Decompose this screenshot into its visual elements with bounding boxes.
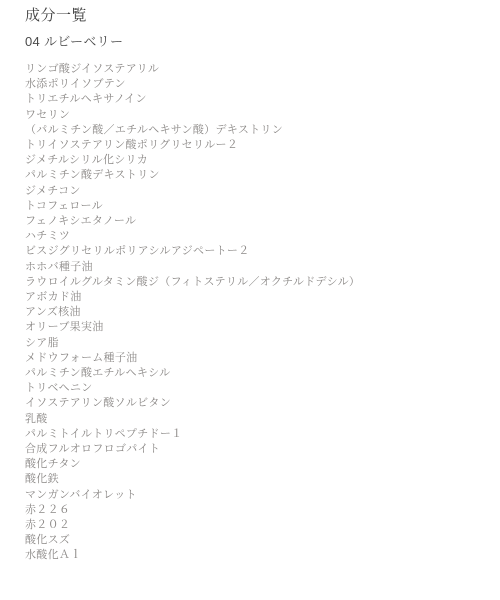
- ingredient-page: 成分一覧 04 ルビーベリー リンゴ酸ジイソステアリル水添ポリイソブテントリエチ…: [0, 0, 500, 600]
- ingredient-item: 水添ポリイソブテン: [25, 77, 480, 92]
- ingredient-item: リンゴ酸ジイソステアリル: [25, 62, 480, 77]
- ingredient-item: 酸化チタン: [25, 457, 480, 472]
- ingredient-item: オリーブ果実油: [25, 320, 480, 335]
- ingredient-list: リンゴ酸ジイソステアリル水添ポリイソブテントリエチルヘキサノインワセリン（パルミ…: [25, 62, 480, 564]
- ingredient-item: ホホバ種子油: [25, 260, 480, 275]
- ingredient-item: トリイソステアリン酸ポリグリセリルー２: [25, 138, 480, 153]
- ingredient-item: パルミトイルトリペプチドー１: [25, 427, 480, 442]
- ingredient-item: アボカド油: [25, 290, 480, 305]
- ingredient-item: ジメチコン: [25, 184, 480, 199]
- ingredient-item: 酸化スズ: [25, 533, 480, 548]
- ingredient-item: 水酸化Ａｌ: [25, 548, 480, 563]
- ingredient-item: 合成フルオロフロゴパイト: [25, 442, 480, 457]
- ingredient-item: パルミチン酸エチルヘキシル: [25, 366, 480, 381]
- ingredient-item: メドウフォーム種子油: [25, 351, 480, 366]
- ingredient-item: 乳酸: [25, 412, 480, 427]
- ingredient-item: 酸化鉄: [25, 472, 480, 487]
- ingredient-item: ジメチルシリル化シリカ: [25, 153, 480, 168]
- ingredient-item: パルミチン酸デキストリン: [25, 168, 480, 183]
- ingredient-item: フェノキシエタノール: [25, 214, 480, 229]
- ingredient-item: ラウロイルグルタミン酸ジ（フィトステリル／オクチルドデシル）: [25, 275, 480, 290]
- ingredient-item: イソステアリン酸ソルビタン: [25, 396, 480, 411]
- ingredient-item: シア脂: [25, 336, 480, 351]
- ingredient-item: 赤２０２: [25, 518, 480, 533]
- ingredient-item: マンガンバイオレット: [25, 488, 480, 503]
- ingredient-item: アンズ核油: [25, 305, 480, 320]
- ingredient-item: トリベヘニン: [25, 381, 480, 396]
- ingredient-item: ワセリン: [25, 108, 480, 123]
- ingredient-item: ビスジグリセリルポリアシルアジペートー２: [25, 244, 480, 259]
- ingredient-item: ハチミツ: [25, 229, 480, 244]
- page-title: 成分一覧: [25, 5, 480, 26]
- variant-title: 04 ルビーベリー: [25, 34, 480, 51]
- ingredient-item: トリエチルヘキサノイン: [25, 92, 480, 107]
- ingredient-item: （パルミチン酸／エチルヘキサン酸）デキストリン: [25, 123, 480, 138]
- ingredient-item: トコフェロール: [25, 199, 480, 214]
- ingredient-item: 赤２２６: [25, 503, 480, 518]
